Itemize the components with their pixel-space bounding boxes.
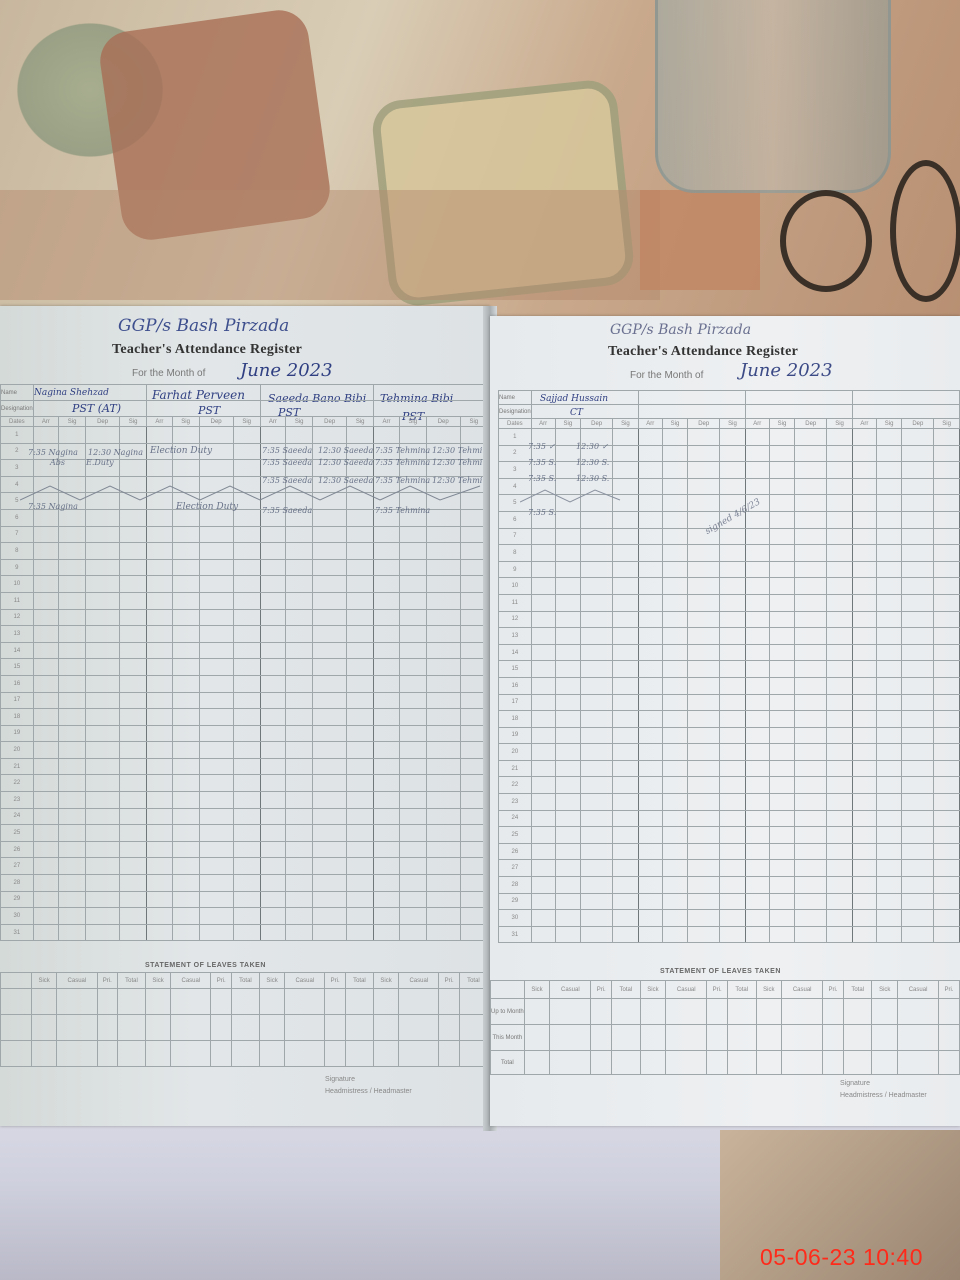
attendance-cell: [852, 910, 876, 927]
attendance-cell: [86, 891, 120, 908]
attendance-cell: [86, 775, 120, 792]
attendance-cell: [233, 858, 260, 875]
attendance-cell: [688, 594, 720, 611]
leaves-cell: [259, 989, 284, 1015]
attendance-cell: [902, 644, 934, 661]
date-row: 23: [1, 792, 488, 809]
attendance-cell: [795, 661, 827, 678]
attendance-cell: [827, 727, 853, 744]
date-cell: 30: [499, 910, 532, 927]
attendance-cell: [769, 910, 795, 927]
sunday-zigzag-line: [520, 484, 640, 506]
leaves-column-header: Sick: [32, 973, 57, 989]
attendance-cell: [638, 611, 662, 628]
attendance-cell: [147, 758, 172, 775]
attendance-cell: [876, 777, 902, 794]
column-header: Sig: [876, 419, 902, 429]
column-header: Dep: [313, 417, 347, 427]
attendance-cell: [662, 843, 688, 860]
attendance-cell: [120, 692, 147, 709]
leaves-cell: [591, 999, 612, 1025]
attendance-cell: [59, 427, 86, 444]
date-row: 26: [1, 841, 488, 858]
attendance-cell: [720, 478, 746, 495]
attendance-cell: [934, 644, 960, 661]
attendance-cell: [613, 744, 639, 761]
attendance-cell: [795, 545, 827, 562]
attendance-cell: [313, 924, 347, 941]
column-header: Sig: [769, 419, 795, 429]
attendance-cell: [531, 545, 555, 562]
attendance-cell: [147, 576, 172, 593]
leaves-column-header: Total: [612, 981, 640, 999]
attendance-cell: [120, 626, 147, 643]
leaves-cell: [97, 989, 117, 1015]
attendance-cell: [313, 875, 347, 892]
attendance-cell: [662, 445, 688, 462]
date-row: 11: [499, 594, 960, 611]
attendance-cell: [172, 692, 199, 709]
attendance-cell: [399, 792, 426, 809]
attendance-cell: [120, 725, 147, 742]
attendance-cell: [934, 462, 960, 479]
attendance-cell: [374, 875, 399, 892]
attendance-cell: [720, 429, 746, 446]
attendance-cell: [172, 725, 199, 742]
attendance-cell: [313, 758, 347, 775]
attendance-cell: [260, 709, 285, 726]
attendance-cell: [745, 777, 769, 794]
leaves-cell: [97, 1041, 117, 1067]
attendance-cell: [769, 694, 795, 711]
attendance-cell: [852, 794, 876, 811]
attendance-cell: [286, 576, 313, 593]
attendance-cell: [59, 742, 86, 759]
column-header: Sig: [233, 417, 260, 427]
attendance-entry: E.Duty: [86, 458, 114, 467]
register-title: Teacher's Attendance Register: [112, 342, 302, 358]
attendance-cell: [147, 592, 172, 609]
date-row: 27: [1, 858, 488, 875]
attendance-cell: [172, 841, 199, 858]
attendance-cell: [827, 594, 853, 611]
attendance-cell: [233, 609, 260, 626]
column-header: Sig: [399, 417, 426, 427]
attendance-cell: [86, 908, 120, 925]
attendance-cell: [769, 644, 795, 661]
attendance-cell: [662, 462, 688, 479]
attendance-cell: [347, 924, 374, 941]
attendance-entry: 7:35 Tehmina: [375, 506, 430, 515]
attendance-cell: [769, 661, 795, 678]
attendance-cell: [260, 609, 285, 626]
leaves-cell: [640, 999, 666, 1025]
attendance-cell: [347, 526, 374, 543]
date-cell: 16: [499, 677, 532, 694]
attendance-cell: [86, 509, 120, 526]
attendance-cell: [745, 910, 769, 927]
attendance-cell: [769, 926, 795, 943]
attendance-cell: [934, 893, 960, 910]
leaves-cell: [345, 1015, 373, 1041]
attendance-cell: [286, 626, 313, 643]
leaves-column-header: Sick: [373, 973, 398, 989]
attendance-cell: [827, 545, 853, 562]
attendance-cell: [902, 694, 934, 711]
attendance-cell: [662, 594, 688, 611]
attendance-cell: [120, 841, 147, 858]
attendance-cell: [688, 843, 720, 860]
attendance-cell: [688, 910, 720, 927]
attendance-grid: Name Designation Dates ArrSigDepSig ArrS…: [498, 390, 960, 943]
attendance-cell: [795, 827, 827, 844]
attendance-cell: [827, 628, 853, 645]
attendance-cell: [827, 910, 853, 927]
leaves-column-header: Pri.: [211, 973, 231, 989]
leaves-corner: [1, 973, 32, 989]
leaves-cell: [898, 999, 939, 1025]
attendance-cell: [33, 875, 58, 892]
attendance-cell: [827, 926, 853, 943]
attendance-cell: [876, 578, 902, 595]
attendance-cell: [120, 642, 147, 659]
attendance-cell: [720, 727, 746, 744]
leaves-row-label: [1, 1041, 32, 1067]
attendance-cell: [638, 545, 662, 562]
attendance-cell: [59, 808, 86, 825]
attendance-cell: [581, 810, 613, 827]
leaves-cell: [707, 1051, 728, 1075]
attendance-entry: 12:30 S.: [576, 474, 609, 483]
attendance-cell: [902, 445, 934, 462]
attendance-cell: [902, 462, 934, 479]
attendance-cell: [147, 841, 172, 858]
attendance-cell: [876, 877, 902, 894]
attendance-cell: [688, 561, 720, 578]
column-header: Arr: [852, 419, 876, 429]
attendance-cell: [613, 843, 639, 860]
attendance-cell: [827, 777, 853, 794]
attendance-cell: [33, 427, 58, 444]
month-value: June 2023: [740, 360, 833, 381]
column-header: Dep: [688, 419, 720, 429]
leaves-cell: [640, 1051, 666, 1075]
attendance-cell: [902, 827, 934, 844]
attendance-cell: [902, 843, 934, 860]
attendance-cell: [827, 511, 853, 528]
attendance-cell: [688, 478, 720, 495]
attendance-cell: [827, 893, 853, 910]
attendance-cell: [399, 592, 426, 609]
attendance-cell: [902, 893, 934, 910]
leaves-cell: [117, 989, 145, 1015]
attendance-cell: [638, 478, 662, 495]
attendance-cell: [555, 528, 581, 545]
attendance-cell: [172, 775, 199, 792]
attendance-cell: [555, 511, 581, 528]
date-row: 26: [499, 843, 960, 860]
attendance-cell: [827, 429, 853, 446]
leaves-table: SickCasualPri.TotalSickCasualPri.TotalSi…: [0, 972, 488, 1067]
attendance-cell: [233, 775, 260, 792]
attendance-cell: [374, 659, 399, 676]
leaves-cell: [171, 989, 211, 1015]
attendance-cell: [581, 877, 613, 894]
attendance-cell: [426, 543, 460, 560]
attendance-cell: [347, 875, 374, 892]
attendance-cell: [313, 891, 347, 908]
date-cell: 18: [1, 709, 34, 726]
attendance-cell: [374, 841, 399, 858]
attendance-cell: [876, 694, 902, 711]
attendance-cell: [613, 760, 639, 777]
attendance-cell: [147, 559, 172, 576]
attendance-cell: [769, 794, 795, 811]
signature-label: Signature: [325, 1076, 355, 1083]
date-cell: 21: [1, 758, 34, 775]
date-row: 8: [499, 545, 960, 562]
attendance-cell: [286, 559, 313, 576]
leaves-cell: [439, 989, 459, 1015]
attendance-cell: [934, 561, 960, 578]
attendance-cell: [33, 609, 58, 626]
date-cell: 19: [499, 727, 532, 744]
attendance-cell: [720, 611, 746, 628]
attendance-cell: [745, 694, 769, 711]
left-page: GGP/s Bash Pirzada Teacher's Attendance …: [0, 306, 490, 1126]
attendance-cell: [233, 792, 260, 809]
attendance-cell: [172, 709, 199, 726]
attendance-cell: [172, 642, 199, 659]
attendance-cell: [795, 561, 827, 578]
attendance-cell: [581, 561, 613, 578]
leaves-column-header: Sick: [524, 981, 550, 999]
attendance-cell: [233, 460, 260, 477]
attendance-cell: [199, 609, 233, 626]
attendance-cell: [399, 427, 426, 444]
date-row: 15: [1, 659, 488, 676]
scissors-handle: [780, 190, 872, 292]
attendance-cell: [199, 924, 233, 941]
leaves-cell: [32, 1015, 57, 1041]
attendance-cell: [745, 727, 769, 744]
attendance-cell: [374, 758, 399, 775]
attendance-cell: [795, 495, 827, 512]
attendance-cell: [374, 858, 399, 875]
attendance-cell: [688, 827, 720, 844]
attendance-cell: [374, 924, 399, 941]
attendance-cell: [260, 692, 285, 709]
date-cell: 3: [1, 460, 34, 477]
attendance-cell: [399, 576, 426, 593]
attendance-entry: 12:30 ✓: [576, 442, 608, 451]
attendance-cell: [59, 924, 86, 941]
leaves-cell: [145, 989, 170, 1015]
leaves-cell: [373, 1041, 398, 1067]
date-row: 14: [1, 642, 488, 659]
date-row: 22: [1, 775, 488, 792]
attendance-cell: [147, 808, 172, 825]
date-row: 8: [1, 543, 488, 560]
sunday-zigzag-line: [20, 482, 490, 504]
attendance-cell: [852, 578, 876, 595]
attendance-cell: [613, 777, 639, 794]
leaves-cell: [550, 999, 591, 1025]
attendance-cell: [934, 429, 960, 446]
attendance-cell: [720, 893, 746, 910]
leaves-cell: [231, 989, 259, 1015]
attendance-cell: [581, 677, 613, 694]
attendance-cell: [876, 711, 902, 728]
date-cell: 22: [499, 777, 532, 794]
attendance-cell: [347, 792, 374, 809]
attendance-cell: [120, 427, 147, 444]
attendance-entry: 7:35 Saeeda: [262, 506, 312, 515]
attendance-entry: Abs: [50, 458, 65, 467]
attendance-entry: 12:30 Saeeda: [318, 446, 373, 455]
attendance-cell: [172, 460, 199, 477]
attendance-cell: [902, 727, 934, 744]
attendance-cell: [662, 628, 688, 645]
attendance-cell: [147, 725, 172, 742]
attendance-cell: [86, 808, 120, 825]
attendance-cell: [199, 559, 233, 576]
attendance-cell: [934, 594, 960, 611]
attendance-cell: [581, 760, 613, 777]
attendance-cell: [172, 858, 199, 875]
leaves-cell: [550, 1025, 591, 1051]
leaves-column-header: Casual: [898, 981, 939, 999]
attendance-cell: [374, 576, 399, 593]
attendance-cell: [720, 445, 746, 462]
attendance-cell: [902, 545, 934, 562]
attendance-cell: [33, 543, 58, 560]
attendance-cell: [688, 445, 720, 462]
attendance-cell: [147, 858, 172, 875]
attendance-cell: [876, 661, 902, 678]
attendance-cell: [374, 891, 399, 908]
attendance-cell: [86, 427, 120, 444]
attendance-cell: [876, 511, 902, 528]
attendance-cell: [581, 694, 613, 711]
attendance-cell: [172, 592, 199, 609]
attendance-cell: [33, 709, 58, 726]
attendance-cell: [934, 478, 960, 495]
attendance-cell: [374, 526, 399, 543]
leaves-cell: [399, 989, 439, 1015]
attendance-cell: [688, 578, 720, 595]
date-cell: 7: [1, 526, 34, 543]
attendance-cell: [795, 893, 827, 910]
date-cell: 7: [499, 528, 532, 545]
photo-timestamp: 05-06-23 10:40: [760, 1244, 923, 1271]
attendance-cell: [33, 758, 58, 775]
leaves-cell: [756, 1025, 782, 1051]
attendance-cell: [147, 692, 172, 709]
attendance-cell: [426, 908, 460, 925]
leaves-cell: [782, 1025, 823, 1051]
dates-header: Dates: [1, 417, 34, 427]
attendance-cell: [286, 924, 313, 941]
attendance-cell: [745, 594, 769, 611]
leaves-column-header: Pri.: [707, 981, 728, 999]
attendance-cell: [934, 545, 960, 562]
attendance-cell: [199, 460, 233, 477]
leaves-cell: [550, 1051, 591, 1075]
attendance-cell: [745, 711, 769, 728]
attendance-cell: [531, 711, 555, 728]
attendance-cell: [581, 644, 613, 661]
attendance-cell: [120, 908, 147, 925]
attendance-cell: [795, 478, 827, 495]
attendance-cell: [638, 445, 662, 462]
attendance-cell: [59, 526, 86, 543]
column-header: Sig: [934, 419, 960, 429]
attendance-cell: [902, 561, 934, 578]
attendance-cell: [120, 891, 147, 908]
attendance-cell: [120, 875, 147, 892]
date-cell: 24: [1, 808, 34, 825]
attendance-cell: [745, 545, 769, 562]
attendance-cell: [769, 777, 795, 794]
attendance-cell: [662, 727, 688, 744]
attendance-cell: [662, 528, 688, 545]
attendance-cell: [769, 545, 795, 562]
attendance-cell: [769, 429, 795, 446]
attendance-cell: [426, 841, 460, 858]
attendance-cell: [638, 462, 662, 479]
carpet-stripe: [0, 190, 660, 300]
attendance-cell: [374, 626, 399, 643]
attendance-cell: [902, 744, 934, 761]
attendance-cell: [531, 843, 555, 860]
attendance-cell: [199, 725, 233, 742]
name-label: Name: [499, 391, 532, 405]
attendance-cell: [769, 843, 795, 860]
leaves-cell: [843, 1051, 871, 1075]
attendance-cell: [581, 727, 613, 744]
date-cell: 16: [1, 675, 34, 692]
attendance-cell: [260, 559, 285, 576]
attendance-cell: [347, 808, 374, 825]
attendance-cell: [876, 445, 902, 462]
attendance-cell: [827, 744, 853, 761]
attendance-cell: [147, 460, 172, 477]
attendance-cell: [876, 462, 902, 479]
attendance-cell: [260, 642, 285, 659]
attendance-cell: [662, 478, 688, 495]
attendance-cell: [662, 545, 688, 562]
attendance-cell: [581, 611, 613, 628]
attendance-cell: [147, 924, 172, 941]
attendance-cell: [638, 711, 662, 728]
leaves-row-label: Up to Month: [491, 999, 525, 1025]
attendance-cell: [795, 926, 827, 943]
attendance-cell: [59, 858, 86, 875]
attendance-cell: [827, 810, 853, 827]
attendance-cell: [876, 926, 902, 943]
attendance-cell: [531, 561, 555, 578]
attendance-cell: [902, 495, 934, 512]
attendance-cell: [638, 810, 662, 827]
leaves-table: SickCasualPri.TotalSickCasualPri.TotalSi…: [490, 980, 960, 1075]
attendance-cell: [934, 611, 960, 628]
attendance-cell: [745, 561, 769, 578]
date-row: 30: [1, 908, 488, 925]
attendance-cell: [720, 594, 746, 611]
dates-header: Dates: [499, 419, 532, 429]
leaves-cell: [707, 1025, 728, 1051]
